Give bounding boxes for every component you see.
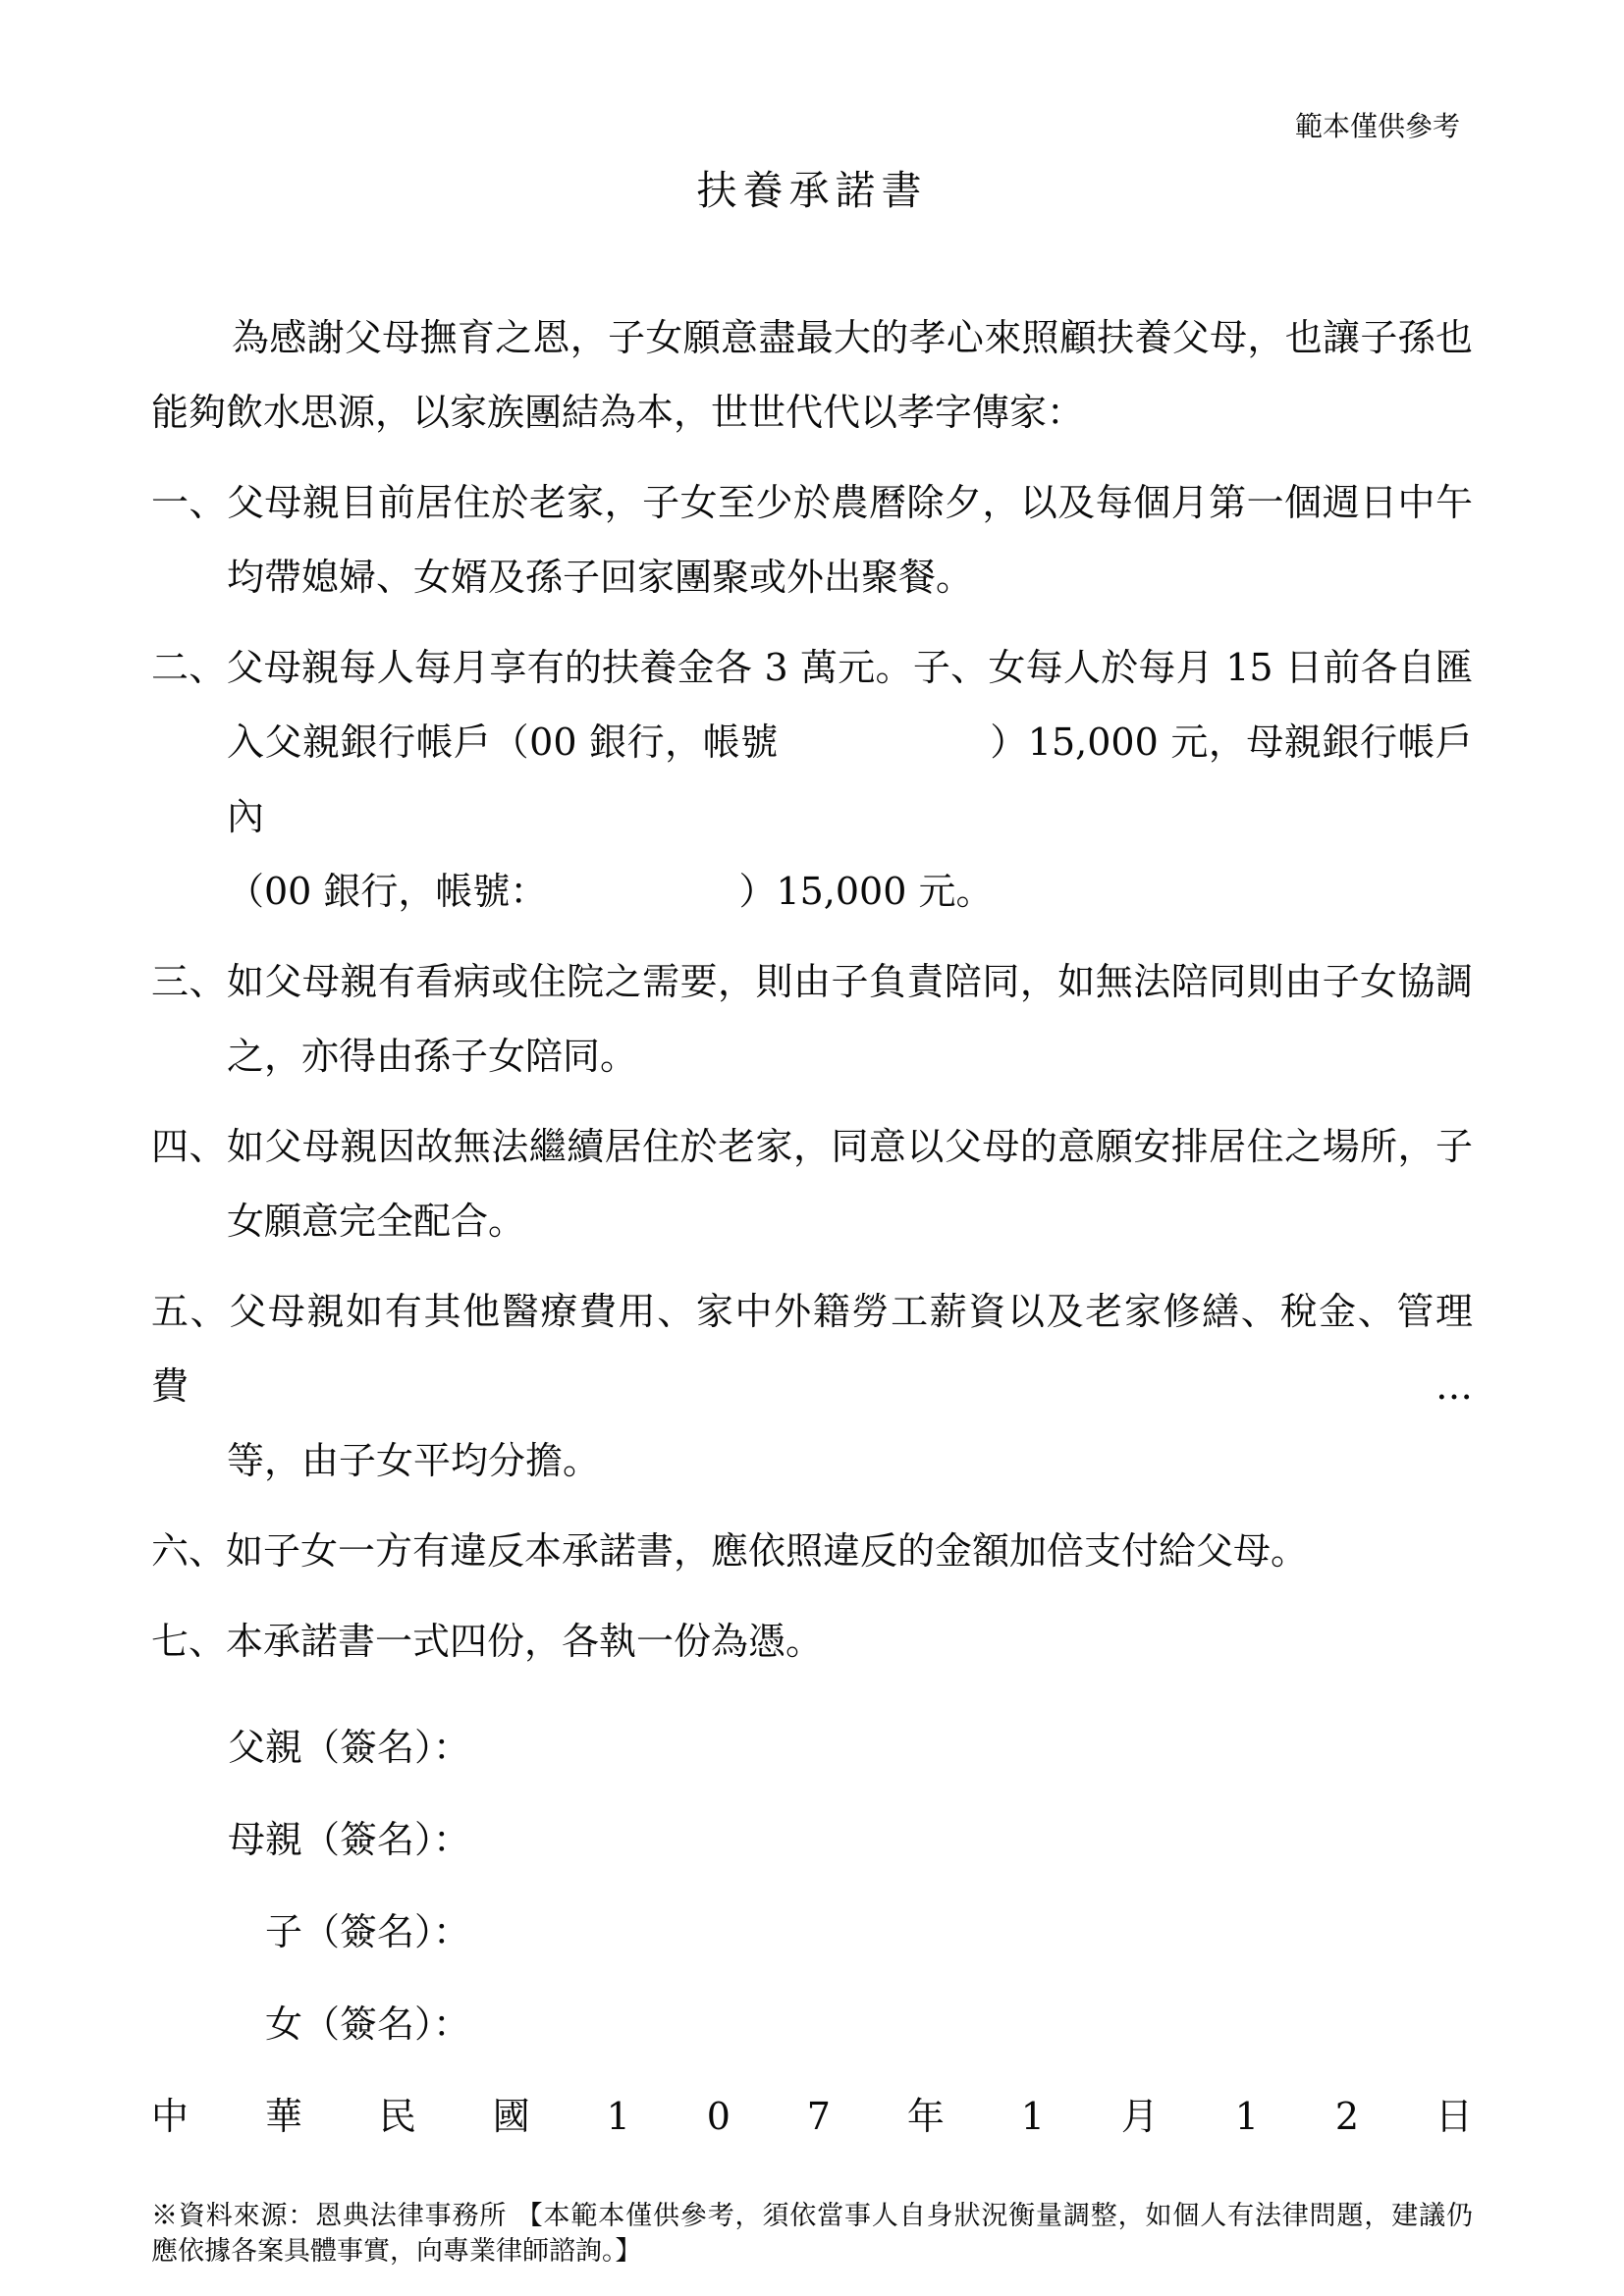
- document-page: 範本僅供參考 扶養承諾書 為感謝父母撫育之恩，子女願意盡最大的孝心來照顧扶養父母…: [0, 0, 1624, 2296]
- clause-2-line-3: （00 銀行，帳號：）15,000 元。: [151, 854, 1473, 929]
- date-day-digit: 1: [1235, 2097, 1259, 2136]
- son-signature-label: 子（簽名）：: [151, 1912, 1473, 1951]
- date-char: 國: [493, 2097, 530, 2136]
- clause-2-line-3-text: （00 銀行，帳號：: [227, 870, 547, 913]
- date-char: 日: [1435, 2097, 1473, 2136]
- date-char: 年: [907, 2097, 945, 2136]
- intro-line-2: 能夠飲水思源，以家族團結為本，世世代代以孝字傳家：: [151, 375, 1473, 450]
- clause-1-line-2: 均帶媳婦、女婿及孫子回家團聚或外出聚餐。: [151, 540, 1473, 614]
- source-note-line-1: ※資料來源：恩典法律事務所 【本範本僅供參考，須依當事人自身狀況衡量調整，如個人…: [151, 2199, 1473, 2234]
- clause-1-line-1: 一、父母親目前居住於老家，子女至少於農曆除夕，以及每個月第一個週日中午: [151, 465, 1473, 540]
- date-day-digit: 2: [1335, 2097, 1359, 2136]
- clause-2-line-1: 二、父母親每人每月享有的扶養金各 3 萬元。子、女每人於每月 15 日前各自匯: [151, 630, 1473, 705]
- date-month-digit: 1: [1021, 2097, 1045, 2136]
- father-account-number-blank: [779, 754, 990, 755]
- clause-7-line-1: 七、本承諾書一式四份，各執一份為憑。: [151, 1604, 1473, 1679]
- roc-date-line: 中 華 民 國 1 0 7 年 1 月 1 2 日: [151, 2097, 1473, 2136]
- clause-6-line-1: 六、如子女一方有違反本承諾書，應依照違反的金額加倍支付給父母。: [151, 1514, 1473, 1588]
- daughter-signature-label: 女（簽名）：: [151, 2004, 1473, 2044]
- signature-section: 父親（簽名）： 母親（簽名）： 子（簽名）： 女（簽名）：: [151, 1728, 1473, 2044]
- clause-2-line-2: 入父親銀行帳戶（00 銀行，帳號）15,000 元，母親銀行帳戶內: [151, 705, 1473, 854]
- date-year-digit: 7: [807, 2097, 831, 2136]
- mother-signature-label: 母親（簽名）：: [151, 1820, 1473, 1859]
- clause-5-line-1: 五、父母親如有其他醫療費用、家中外籍勞工薪資以及老家修繕、稅金、管理費…: [151, 1274, 1473, 1423]
- date-char: 民: [379, 2097, 416, 2136]
- clause-2-line-3-text-after: ）15,000 元。: [738, 870, 993, 913]
- clause-4-line-1: 四、如父母親因故無法繼續居住於老家，同意以父母的意願安排居住之場所，子: [151, 1109, 1473, 1184]
- reference-watermark: 範本僅供參考: [151, 112, 1473, 141]
- date-char: 月: [1121, 2097, 1159, 2136]
- clause-1: 一、父母親目前居住於老家，子女至少於農曆除夕，以及每個月第一個週日中午 均帶媳婦…: [151, 465, 1473, 614]
- date-year-digit: 1: [607, 2097, 630, 2136]
- date-char: 華: [265, 2097, 302, 2136]
- source-note: ※資料來源：恩典法律事務所 【本範本僅供參考，須依當事人自身狀況衡量調整，如個人…: [151, 2199, 1473, 2269]
- clause-4-line-2: 女願意完全配合。: [151, 1184, 1473, 1258]
- clause-3-line-2: 之，亦得由孫子女陪同。: [151, 1019, 1473, 1094]
- document-title: 扶養承諾書: [151, 167, 1473, 214]
- mother-account-number-blank: [547, 903, 738, 904]
- clause-7: 七、本承諾書一式四份，各執一份為憑。: [151, 1604, 1473, 1679]
- date-char: 中: [151, 2097, 189, 2136]
- date-year-digit: 0: [707, 2097, 731, 2136]
- clause-6: 六、如子女一方有違反本承諾書，應依照違反的金額加倍支付給父母。: [151, 1514, 1473, 1588]
- intro-paragraph: 為感謝父母撫育之恩，子女願意盡最大的孝心來照顧扶養父母，也讓子孫也 能夠飲水思源…: [151, 300, 1473, 450]
- clause-2: 二、父母親每人每月享有的扶養金各 3 萬元。子、女每人於每月 15 日前各自匯 …: [151, 630, 1473, 929]
- clause-5: 五、父母親如有其他醫療費用、家中外籍勞工薪資以及老家修繕、稅金、管理費… 等，由…: [151, 1274, 1473, 1498]
- clause-3-line-1: 三、如父母親有看病或住院之需要，則由子負責陪同，如無法陪同則由子女協調: [151, 944, 1473, 1019]
- father-signature-label: 父親（簽名）：: [151, 1728, 1473, 1767]
- clause-3: 三、如父母親有看病或住院之需要，則由子負責陪同，如無法陪同則由子女協調 之，亦得…: [151, 944, 1473, 1094]
- clause-2-line-2-text: 入父親銀行帳戶（00 銀行，帳號: [227, 721, 779, 764]
- source-note-line-2: 應依據各案具體事實，向專業律師諮詢。】: [151, 2234, 1473, 2269]
- clause-5-line-2: 等，由子女平均分擔。: [151, 1423, 1473, 1498]
- clause-4: 四、如父母親因故無法繼續居住於老家，同意以父母的意願安排居住之場所，子 女願意完…: [151, 1109, 1473, 1258]
- intro-line-1: 為感謝父母撫育之恩，子女願意盡最大的孝心來照顧扶養父母，也讓子孫也: [151, 300, 1473, 375]
